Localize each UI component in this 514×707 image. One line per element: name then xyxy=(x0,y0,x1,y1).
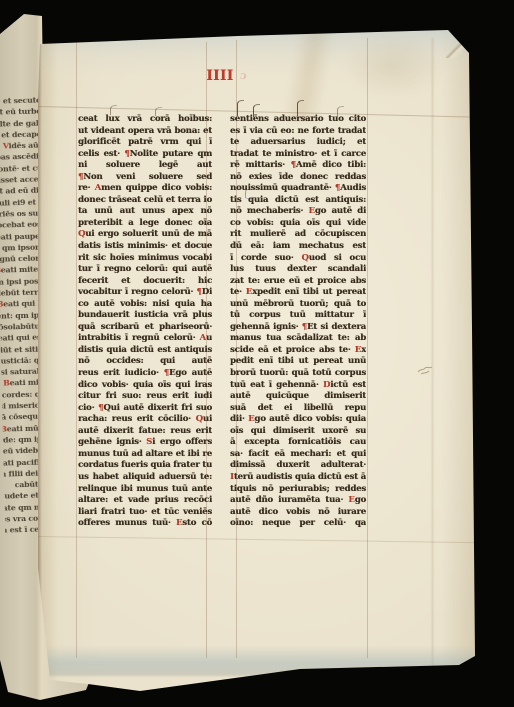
text-line: autē dico vobis nō iurare xyxy=(230,507,366,519)
text-line: ī corde suo· Quod si ocu xyxy=(230,253,366,265)
text-line: unū mēbrorū tuorū; quā to xyxy=(230,299,366,311)
text-line: ceat lux vrā corā hoībus: xyxy=(78,114,212,126)
text-line: reus erit iudicio· ¶Ego autē xyxy=(78,368,212,380)
text-line: sentiēns aduersario tuo cito dū xyxy=(230,114,366,126)
text-line: relinque ibi munus tuū ante xyxy=(78,484,212,496)
text-line: cio· ¶Qui autē dixerit fri suo xyxy=(78,403,212,415)
text-line: nō occides: qui autē occiderit xyxy=(78,356,212,368)
text-line: docebat eos· xyxy=(0,219,44,231)
text-line: intrabitis ī regnū celorū· Au xyxy=(78,333,212,345)
text-line: sūt eū turbe xyxy=(0,106,41,118)
text-line: preteribit a lege donec oīa fiāt xyxy=(78,218,212,230)
text-line: rē mittaris· ¶Amē dico tibi: xyxy=(230,160,366,172)
text-line: altare: et vade prius recōci xyxy=(78,495,212,507)
text-column-right: sentiēns aduersario tuo cito dūes ī via … xyxy=(230,114,366,530)
text-line: brorū tuorū: quā totū corpus xyxy=(230,368,366,380)
text-line: Qui ergo soluerit unū de mā xyxy=(78,229,212,241)
ink-smudge-mark xyxy=(416,362,434,381)
rubricated-letter: Q xyxy=(301,253,308,263)
text-line: oīno: neque per celū· qa tronus xyxy=(230,518,366,530)
text-line: li· Vidēs aūt xyxy=(0,140,42,152)
text-line: tuū eat ī gehennā· Dictū est xyxy=(230,380,366,392)
text-line: zat te: erue eū et proice abs xyxy=(230,276,366,288)
corner-fold xyxy=(446,28,476,58)
text-line: bundauerit iusticia vrā plus xyxy=(78,310,212,322)
text-line: datis istis minimis· et docue xyxy=(78,241,212,253)
text-line: vocabitur ī regno celorū· ¶Di xyxy=(78,287,212,299)
text-line: celis est· ¶Nolite putare qm ve xyxy=(78,149,212,161)
text-line: offeres munus tuū· Esto cō xyxy=(78,518,212,530)
parchment-stain xyxy=(338,38,448,108)
text-line: co vobis: quia oīs qui vide xyxy=(230,218,366,230)
text-line: manus tua scādalizat te: ab xyxy=(230,333,366,345)
text-line: citur fri suo: reus erit iudi xyxy=(78,391,212,403)
text-line: nouissimū quadrantē· ¶Audis xyxy=(230,183,366,195)
text-line: te· Expedit enī tibi ut pereat xyxy=(230,287,366,299)
text-line: rit sic hoīes minimus vocabi xyxy=(78,253,212,265)
text-line: es ī via cū eo: ne forte tradat xyxy=(230,126,366,138)
text-line: oīs qui dimiserit uxorē su xyxy=(230,426,366,438)
rubricated-letter: Q xyxy=(196,414,203,424)
text-line: Beati paupes xyxy=(0,230,44,242)
text-line: multe de gali xyxy=(0,117,41,129)
text-line: ni soluere legē aut prophetas· xyxy=(78,160,212,172)
text-line: pedit enī tibi ut pereat unū mē xyxy=(230,356,366,368)
text-line: tis quia dictū est antiquis: xyxy=(230,195,366,207)
text-line: re· Amen quippe dico vobis: xyxy=(78,183,212,195)
text-line: scide eā et proice abs te· Ex xyxy=(230,345,366,357)
parchment-crease-stain xyxy=(286,28,332,120)
text-line: donec trāseat celū et terra io xyxy=(78,195,212,207)
text-line: tū corpus tuū mittatur ī xyxy=(230,310,366,322)
text-line: quā scribarū et phariseorū· nō xyxy=(78,322,212,334)
text-line: munus tuū ad altare et ibi re xyxy=(78,449,212,461)
text-line: autē quicūque dimiserit uxorē xyxy=(230,391,366,403)
text-line: dico vobis· quia oīs qui iras xyxy=(78,380,212,392)
text-line: fecerit et docuerit: hic magnus xyxy=(78,276,212,288)
text-line: suā det ei libellū repu xyxy=(230,403,366,415)
ruling-line-vertical-4 xyxy=(367,38,368,658)
text-line: tradat te ministro· et ī carce xyxy=(230,149,366,161)
text-line: racha: reus erit cōcilio· Qui xyxy=(78,414,212,426)
text-line: co autē vobis: nisi quia ha xyxy=(78,299,212,311)
text-line: distis quia dictū est antiquis xyxy=(78,345,212,357)
text-line: glorificēt patrē vrm qui ī xyxy=(78,137,212,149)
text-line: us habet aliquid aduersū te: xyxy=(78,472,212,484)
text-line: gehēne ignis· Si ergo offers xyxy=(78,437,212,449)
text-line: te aduersarius iudici; et iudex xyxy=(230,137,366,149)
text-line: sa· facit eā mechari: et qui xyxy=(230,449,366,461)
ruling-line-vertical-1 xyxy=(76,42,77,658)
chapter-numeral: IIII xyxy=(198,69,242,83)
text-line: gehennā ignis· ¶Et si dextera xyxy=(230,322,366,334)
vertical-crease xyxy=(431,38,434,668)
text-line: ā excepta fornicatiōis cau xyxy=(230,437,366,449)
text-line: ut videant opera vrā bona: et xyxy=(78,126,212,138)
text-line: ¶Non veni soluere sed adimple xyxy=(78,172,212,184)
text-line: rit mulierē ad cōcupiscen xyxy=(230,229,366,241)
text-line: dimissā duxerit adulterat· xyxy=(230,460,366,472)
text-line: dū eā: iam mechatus est xyxy=(230,241,366,253)
text-line: lus tuus dexter scandali xyxy=(230,264,366,276)
page-bottom-shade xyxy=(38,646,475,676)
text-line: dii· Ego autē dico vobis: quia xyxy=(230,414,366,426)
manuscript-page: IIII ɔ ceat lux vrā corā hoībus:ut videa… xyxy=(38,28,475,694)
text-line: Iterū audistis quia dictū est ā xyxy=(230,472,366,484)
text-line: nō exies īde donec reddas xyxy=(230,172,366,184)
photo-backdrop: t· et secutesūt eū turbemulte de galilea… xyxy=(0,0,514,707)
text-line: cordatus fueris quia frater tu xyxy=(78,460,212,472)
text-line: ta unū aut unus apex nō xyxy=(78,206,212,218)
ruling-line-horizontal-bottom xyxy=(38,536,475,543)
text-column-left: ceat lux vrā corā hoībus:ut videant oper… xyxy=(78,114,212,530)
text-line: liari fratri tuo· et tūc veniēs xyxy=(78,507,212,519)
text-line: autē dixerit fatue: reus erit xyxy=(78,426,212,438)
text-line: tiquis nō periurabis; reddes xyxy=(230,484,366,496)
text-line: autē dño iuramēta tua· Ego xyxy=(230,495,366,507)
text-line: nō mechaberis· Ego autē di xyxy=(230,206,366,218)
text-line: tur ī regno celorū: qui autē xyxy=(78,264,212,276)
